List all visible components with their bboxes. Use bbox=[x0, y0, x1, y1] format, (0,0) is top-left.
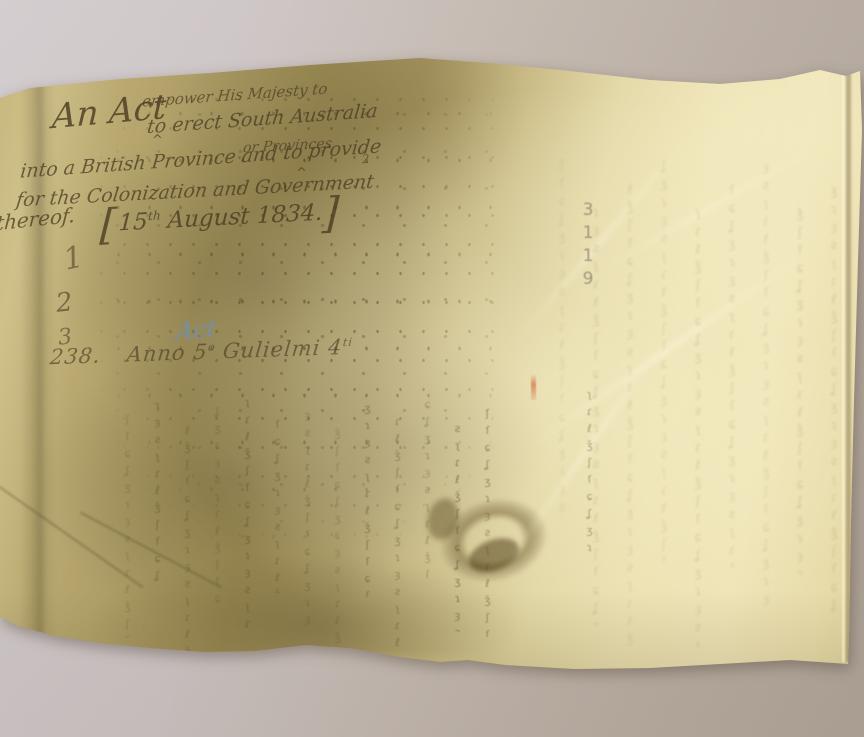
ghost-text-column: ʆʒɿȝƨʅɾℓǯʃſɕʆʒɿȝƨʅɾℓǯʃſɕʆʒɿ bbox=[658, 159, 670, 562]
margin-number-1: 1 bbox=[61, 239, 87, 277]
ghost-text-column: ʃſɕʆʒɿȝƨʅɾℓǯʃſɕʆ bbox=[482, 407, 493, 637]
red-ink-smudge bbox=[531, 374, 536, 400]
ghost-text-column: ʒɿȝƨʅɾℓǯʃſɕʆʒɿȝƨʅɾℓǯʃſɕʆʒɿȝƨʅ bbox=[828, 184, 840, 612]
insertion-caret: ^ bbox=[152, 133, 163, 148]
reference-mark: 2 bbox=[362, 152, 371, 166]
ghost-text-column: ǯʃſɕʆʒɿȝƨʅɾℓǯʃſɕʆʒɿȝƨʅɾℓǯ bbox=[794, 207, 806, 574]
ghost-text-column: ℓǯʃſɕʆʒɿȝƨʅɾℓǯʃſɕ bbox=[182, 424, 193, 674]
ghost-text-column: ʒɿȝƨʅɾℓǯʃſɕʆʒ bbox=[362, 402, 373, 597]
parchment-surface: ʃſɕʆʒɿȝƨʅɾℓǯʃſɕɿȝƨʅɾℓǯʃſɕʆʒɿℓǯʃſɕʆʒɿȝƨʅɾ… bbox=[0, 0, 864, 737]
title-line-5-thereof: thereof. bbox=[0, 203, 76, 236]
ghost-text-column: ȝƨʅɾℓǯʃſɕʆʒɿȝƨʅ bbox=[302, 409, 313, 629]
ghost-text-column: ʅɾℓǯʃſɕʆʒɿȝƨʅɾℓǯ bbox=[242, 396, 253, 636]
docket-number: 238. bbox=[49, 343, 102, 369]
ghost-text-column: ℓǯʃſɕʆʒɿȝƨʅɾℓǯʃſɕʆʒɿȝƨʅɾℓǯʃſɕʆʒɿ bbox=[624, 182, 636, 648]
ghost-text-column: ƨʅɾℓǯʃſɕʆʒɿȝƨʅ bbox=[452, 422, 463, 632]
ghost-text-column: ȝƨʅɾℓǯʃſɕʆʒɿȝƨʅɾℓǯʃſɕʆʒɿȝƨʅɾℓǯ bbox=[760, 160, 772, 606]
ghost-text-column: ſɕʆʒɿȝƨʅɾℓǯʃſɕʆʒɿȝƨʅɾℓǯʃſɕ bbox=[726, 183, 738, 568]
bleed-through-numeral: 3119 bbox=[578, 200, 598, 292]
docket-superscript: ti bbox=[342, 336, 353, 349]
ghost-text-column: ʃſɕʆʒɿȝƨʅɾℓǯʃſɕ bbox=[122, 413, 133, 638]
ghost-text-column: ʃſɕʆʒɿȝƨʅɾℓǯʃſɕʆʒɿȝƨʅɾℓǯ bbox=[556, 158, 568, 518]
ghost-text-column: ʆʒɿȝƨʅɾℓǯʃſɕʆʒ bbox=[212, 405, 223, 605]
ghost-text-column: ʅɾℓǯʃſɕʆʒɿȝƨʅɾℓǯʃſɕʆʒɿȝƨʅɾℓǯʃſ bbox=[692, 206, 704, 648]
right-fold-shadow bbox=[846, 68, 851, 662]
ghost-text-column: ɿȝƨʅɾℓǯʃſɕʆʒɿ bbox=[152, 399, 163, 584]
date-month-year: August 1834. bbox=[160, 200, 324, 235]
date-open-bracket: [ bbox=[99, 199, 120, 249]
parchment-sheet: ʃſɕʆʒɿȝƨʅɾℓǯʃſɕɿȝƨʅɾℓǯʃſɕʆʒɿℓǯʃſɕʆʒɿȝƨʅɾ… bbox=[0, 0, 864, 737]
date-close-bracket: ] bbox=[321, 188, 342, 238]
docket-anno: Anno 5 bbox=[126, 340, 209, 367]
ghost-text-column: ǯʃſɕʆʒɿȝƨʅɾℓǯʃſɕʆ bbox=[332, 427, 343, 682]
ghost-text-column: ʅɾℓǯʃſɕʆʒɿȝƨ bbox=[584, 388, 595, 558]
date-ordinal: th bbox=[148, 208, 161, 223]
ghost-text-column: ɾℓǯʃſɕʆʒɿȝƨʅɾℓǯʃ bbox=[392, 415, 403, 650]
date-day: 15 bbox=[118, 209, 149, 237]
margin-number-2: 2 bbox=[54, 287, 74, 319]
document-photo: ʃſɕʆʒɿȝƨʅɾℓǯʃſɕɿȝƨʅɾℓǯʃſɕʆʒɿℓǯʃſɕʆʒɿȝƨʅɾ… bbox=[0, 0, 864, 737]
docket-gulielmi: Gulielmi 4 bbox=[214, 335, 344, 364]
ghost-text-column: ſɕʆʒɿȝƨʅɾℓǯʃ bbox=[272, 418, 283, 593]
right-fold-highlight bbox=[842, 68, 845, 662]
ghost-text-column: ɕʆʒɿȝƨʅɾℓǯʃſ bbox=[422, 398, 433, 578]
